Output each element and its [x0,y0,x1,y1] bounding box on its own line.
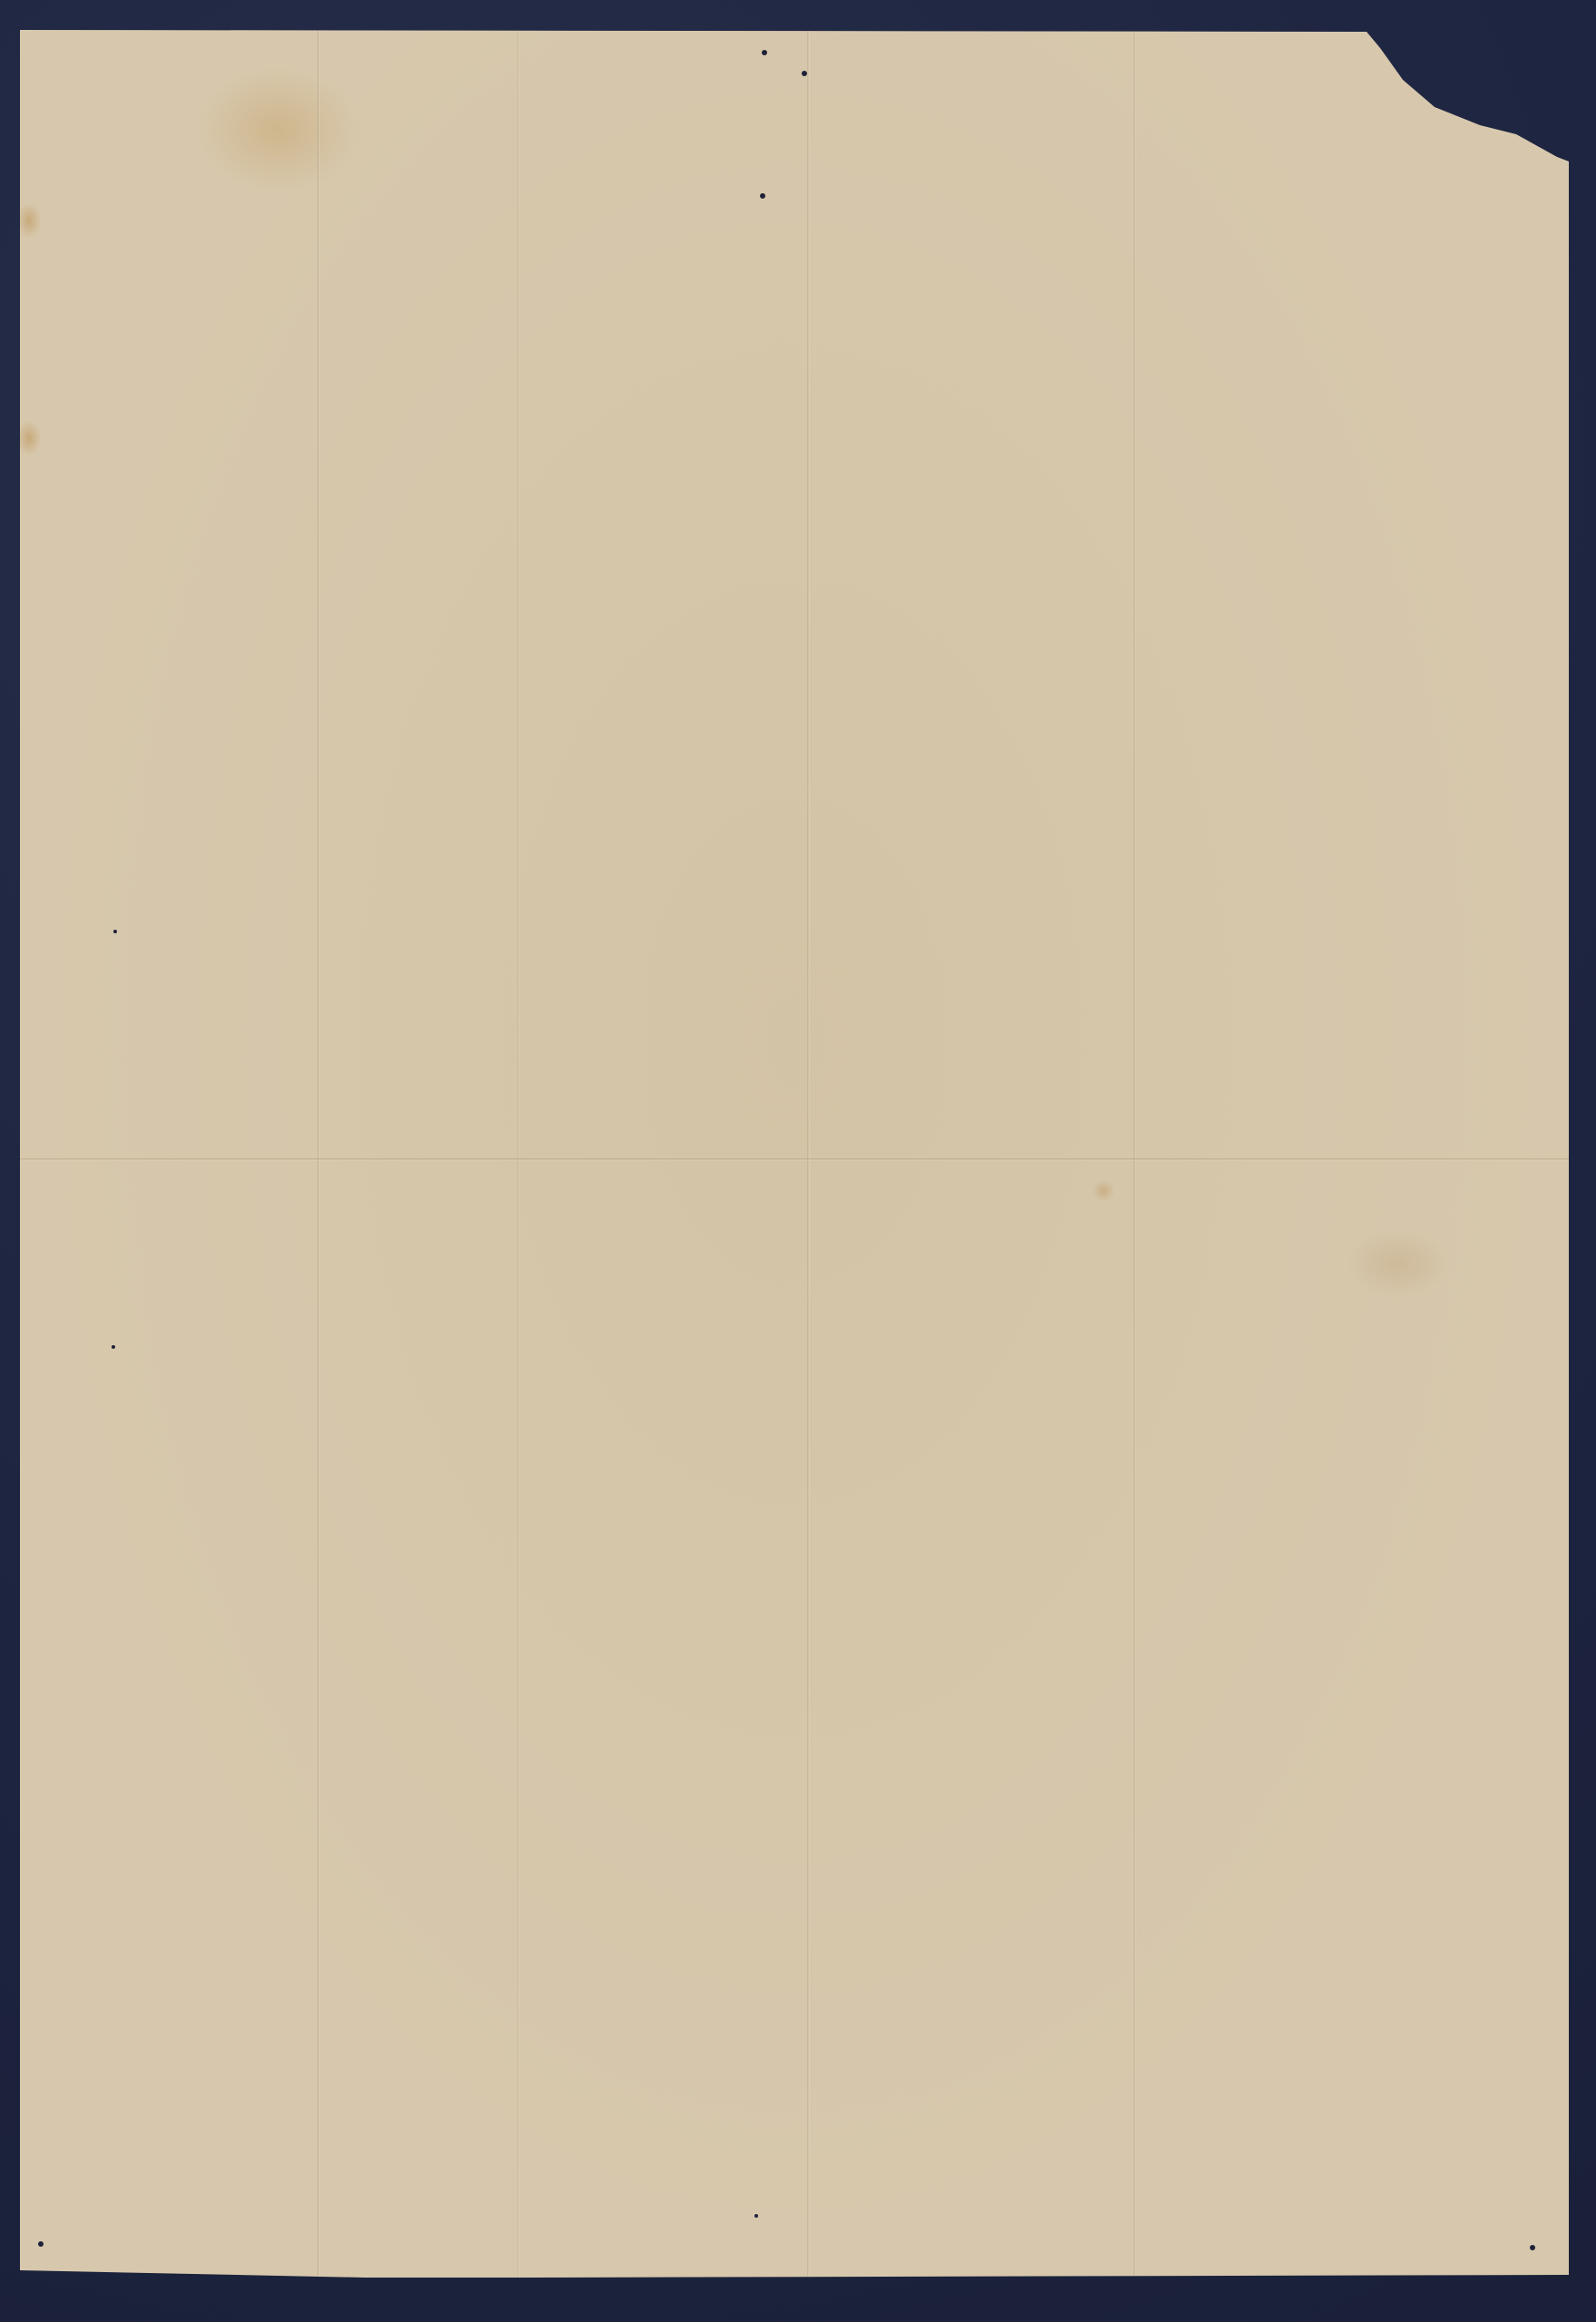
vertical-fold-line [807,30,810,2278]
pin-hole [112,1345,115,1349]
horizontal-fold-line [20,1158,1569,1161]
pin-hole [754,2214,758,2218]
pin-hole [113,930,117,933]
pin-hole [760,193,765,199]
pin-hole [1530,2245,1535,2250]
vertical-fold-line [317,30,320,2278]
vertical-fold-line [1134,30,1136,2278]
pin-hole [762,50,767,55]
pin-hole [38,2241,44,2247]
pin-hole [802,71,807,76]
vertical-fold-line [517,30,520,2278]
paper-sheet [20,30,1569,2278]
